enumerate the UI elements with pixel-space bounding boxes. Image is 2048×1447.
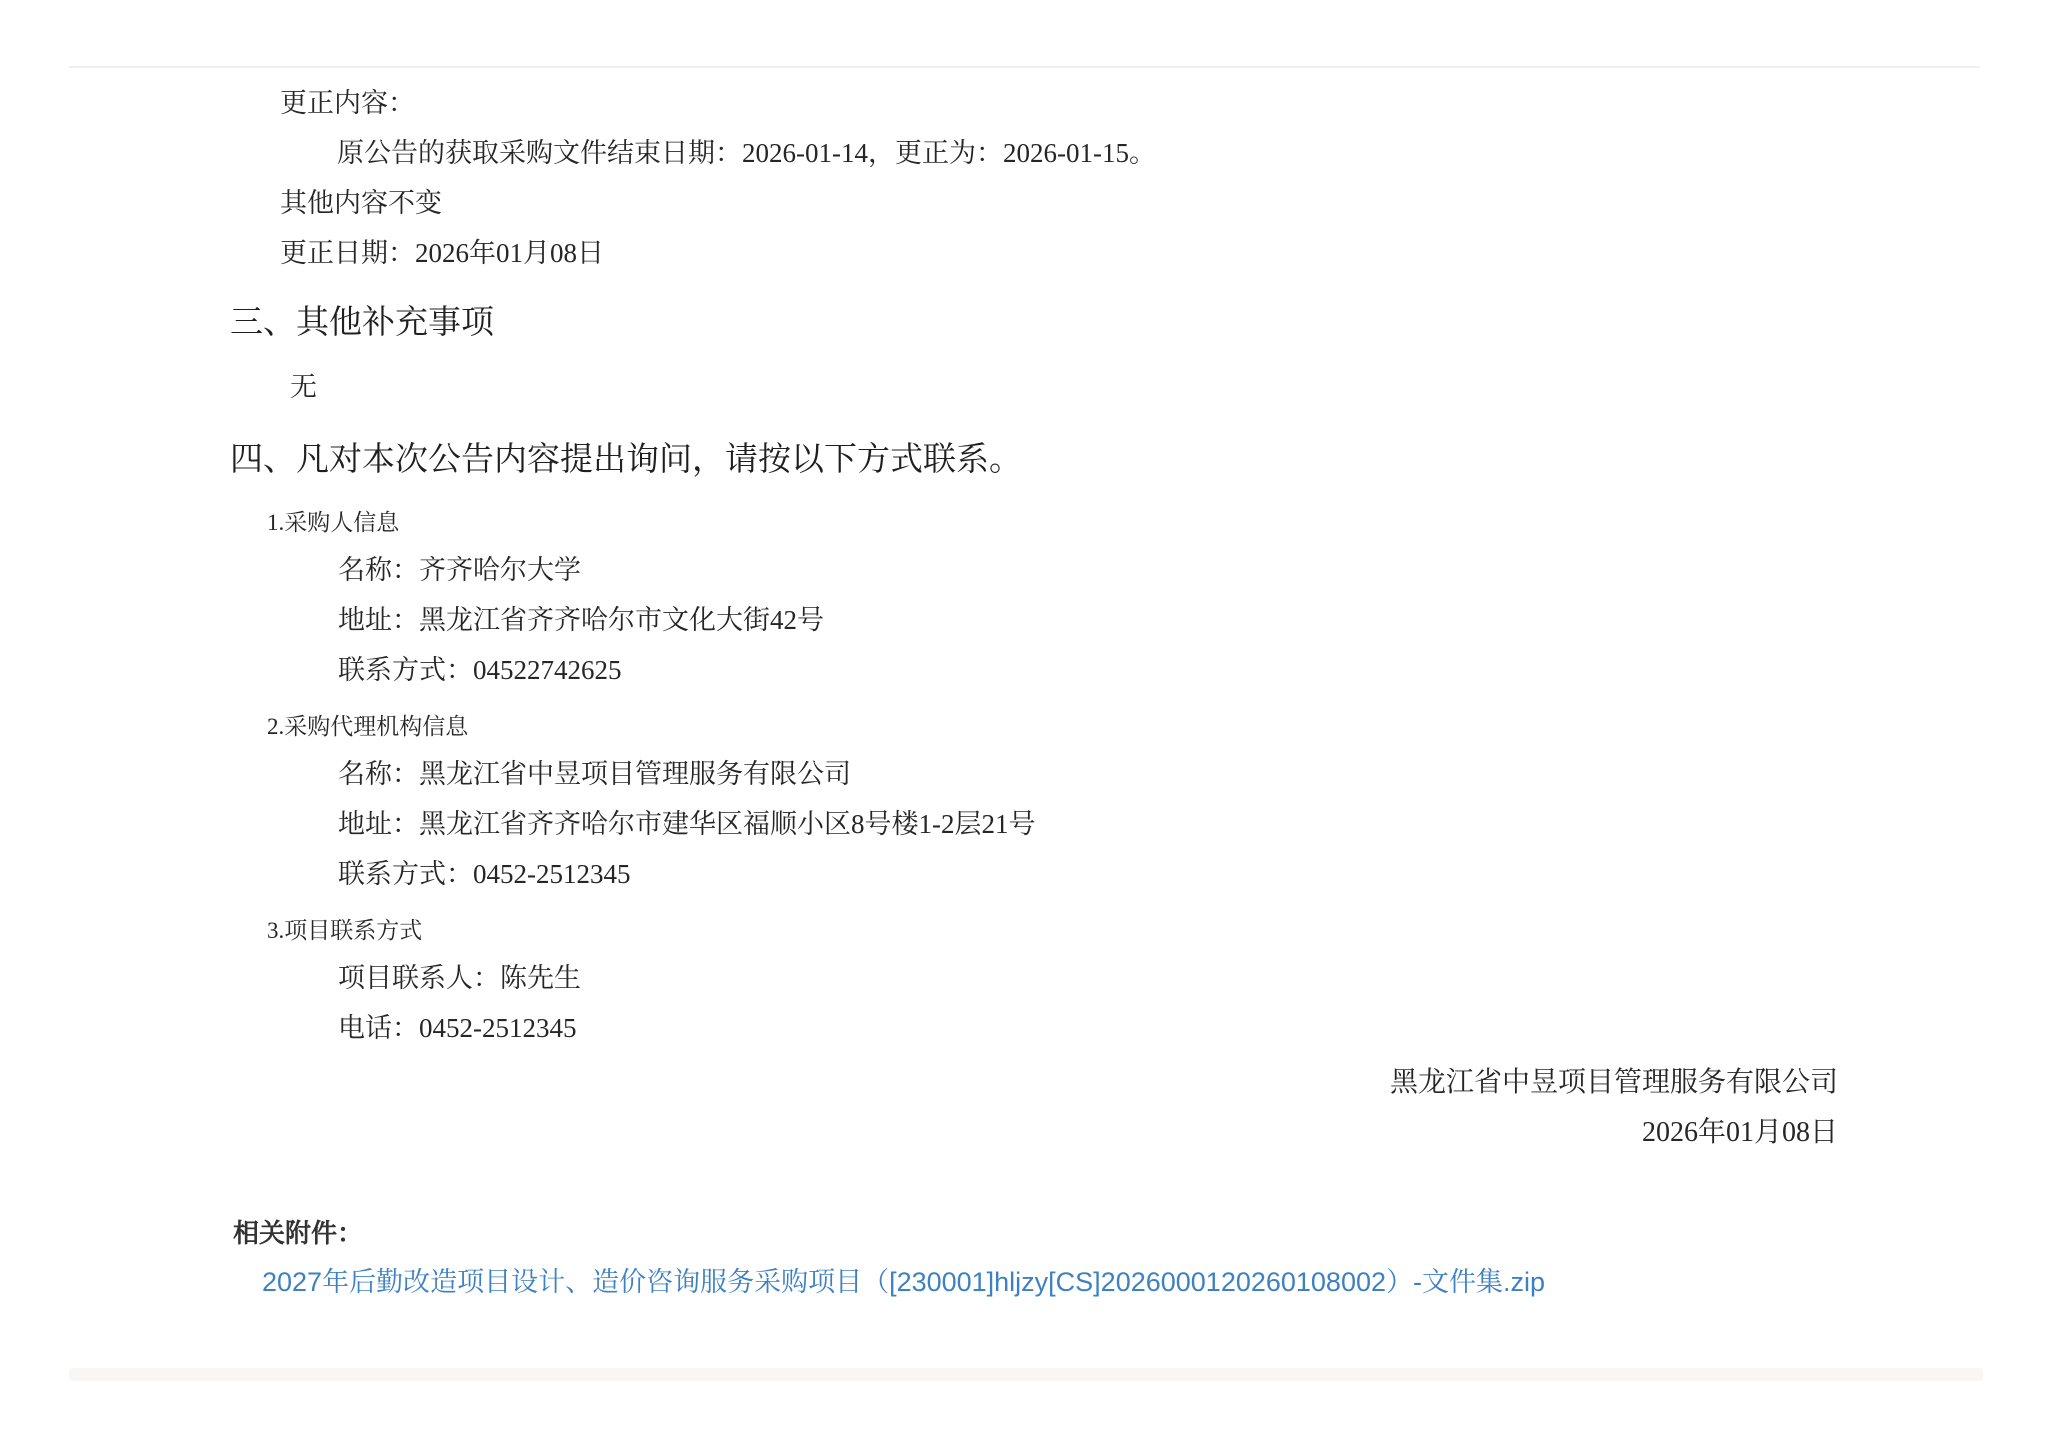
purchaser-info-heading: 1.采购人信息	[0, 501, 2048, 545]
correction-unchanged: 其他内容不变	[0, 178, 2048, 228]
top-divider	[69, 66, 1980, 68]
bottom-separator-bar	[69, 1368, 1983, 1381]
attachments-section: 相关附件： 2027年后勤改造项目设计、造价咨询服务采购项目（[230001]h…	[0, 1215, 2048, 1302]
project-contact-phone: 电话：0452-2512345	[0, 1003, 2048, 1053]
attachments-label: 相关附件：	[0, 1215, 2048, 1251]
agency-name: 名称：黑龙江省中昱项目管理服务有限公司	[0, 749, 2048, 799]
section-three-title: 三、其他补充事项	[0, 300, 2048, 346]
correction-content-label: 更正内容：	[0, 78, 2048, 128]
purchaser-phone: 联系方式：04522742625	[0, 645, 2048, 695]
signature-company: 黑龙江省中昱项目管理服务有限公司	[0, 1058, 1838, 1108]
project-contact-person: 项目联系人：陈先生	[0, 953, 2048, 1003]
section-four-title: 四、凡对本次公告内容提出询问，请按以下方式联系。	[0, 437, 2048, 483]
project-contact-heading: 3.项目联系方式	[0, 909, 2048, 953]
agency-phone: 联系方式：0452-2512345	[0, 849, 2048, 899]
correction-detail: 原公告的获取采购文件结束日期：2026-01-14，更正为：2026-01-15…	[0, 128, 2048, 178]
announcement-page: 更正内容： 原公告的获取采购文件结束日期：2026-01-14，更正为：2026…	[0, 0, 2048, 1447]
signature-date: 2026年01月08日	[0, 1108, 1838, 1158]
attachment-link-row: 2027年后勤改造项目设计、造价咨询服务采购项目（[230001]hljzy[C…	[0, 1262, 2048, 1302]
purchaser-info-block: 1.采购人信息 名称：齐齐哈尔大学 地址：黑龙江省齐齐哈尔市文化大街42号 联系…	[0, 501, 2048, 695]
agency-info-block: 2.采购代理机构信息 名称：黑龙江省中昱项目管理服务有限公司 地址：黑龙江省齐齐…	[0, 705, 2048, 899]
signature-block: 黑龙江省中昱项目管理服务有限公司 2026年01月08日	[0, 1058, 2048, 1158]
agency-address: 地址：黑龙江省齐齐哈尔市建华区福顺小区8号楼1-2层21号	[0, 799, 2048, 849]
correction-date: 更正日期：2026年01月08日	[0, 228, 2048, 278]
project-contact-block: 3.项目联系方式 项目联系人：陈先生 电话：0452-2512345	[0, 909, 2048, 1053]
agency-info-heading: 2.采购代理机构信息	[0, 705, 2048, 749]
notice-document: 更正内容： 原公告的获取采购文件结束日期：2026-01-14，更正为：2026…	[0, 78, 2048, 1302]
section-three-body: 无	[0, 362, 2048, 412]
purchaser-name: 名称：齐齐哈尔大学	[0, 545, 2048, 595]
attachment-link[interactable]: 2027年后勤改造项目设计、造价咨询服务采购项目（[230001]hljzy[C…	[262, 1267, 1545, 1297]
purchaser-address: 地址：黑龙江省齐齐哈尔市文化大街42号	[0, 595, 2048, 645]
